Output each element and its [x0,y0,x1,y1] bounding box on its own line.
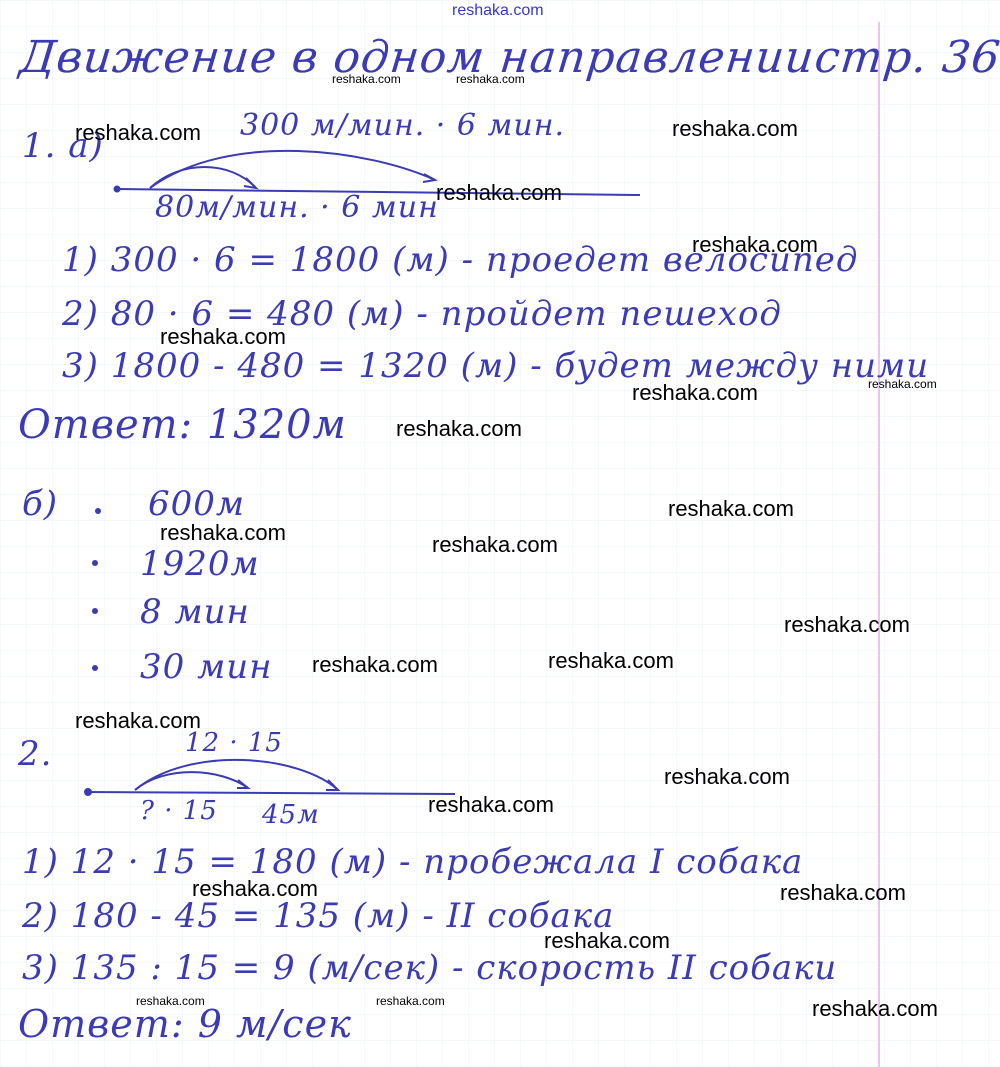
watermark: reshaka.com [75,708,201,734]
task1-answer: Ответ: 1320м [18,402,347,448]
watermark: reshaka.com [160,324,286,350]
step-note: - пробежала I собака [399,842,803,882]
task1-step-3: 3) 1800 - 480 = 1320 (м) - будет между н… [62,346,929,386]
step-expression: 1800 - 480 = 1320 (м) [111,346,519,386]
watermark: reshaka.com [632,380,758,406]
task2-step-2: 2) 180 - 45 = 135 (м) - II собака [22,896,614,936]
answer-value: 1320м [207,402,347,448]
task2-number-line [85,760,455,795]
task2-label: 2. [18,734,52,774]
step-number: 1) [22,842,59,882]
answer-label: Ответ: [18,1002,185,1046]
step-number: 3) [22,948,59,988]
watermark: reshaka.com [432,532,558,558]
step-expression: 300 · 6 = 1800 (м) [111,240,450,280]
step-note: - скорость II собаки [452,948,837,988]
watermark: reshaka.com [312,652,438,678]
step-number: 2) [22,896,59,936]
bullet-icon [92,560,98,566]
watermark: reshaka.com [868,377,937,391]
watermark: reshaka.com [396,416,522,442]
task1-b-label: б) [22,484,58,524]
watermark: reshaka.com [376,994,445,1008]
task1-b-item-2: 1920м [140,544,260,584]
watermark: reshaka.com [672,116,798,142]
task2-step-3: 3) 135 : 15 = 9 (м/сек) - скорость II со… [22,948,837,988]
task2-step-1: 1) 12 · 15 = 180 (м) - пробежала I собак… [22,842,803,882]
watermark: reshaka.com [544,928,670,954]
watermark: reshaka.com [428,792,554,818]
answer-label: Ответ: [18,402,193,448]
step-expression: 180 - 45 = 135 (м) [71,896,411,936]
watermark: reshaka.com [668,496,794,522]
watermark: reshaka.com [548,648,674,674]
bullet-icon [92,608,98,614]
bullet-icon [92,665,98,671]
watermark: reshaka.com [812,996,938,1022]
step-expression: 135 : 15 = 9 (м/сек) [71,948,440,988]
watermark: reshaka.com [456,72,525,86]
task2-diagram-bottom-right-label: 45м [262,800,320,830]
answer-value: 9 м/сек [198,1002,352,1046]
watermark: reshaka.com [160,520,286,546]
watermark: reshaka.com [75,120,201,146]
watermark: reshaka.com [664,764,790,790]
bullet-icon [95,508,101,514]
step-number: 1) [62,240,99,280]
task2-answer: Ответ: 9 м/сек [18,1002,352,1046]
task1-b-item-1: 600м [148,484,245,524]
watermark: reshaka.com [692,232,818,258]
watermark: reshaka.com [136,994,205,1008]
task1-b-item-3: 8 мин [140,592,250,632]
task1-b-item-4: 30 мин [140,647,273,687]
watermark: reshaka.com [436,180,562,206]
watermark: reshaka.com [192,876,318,902]
step-number: 2) [62,294,99,334]
step-number: 3) [62,346,99,386]
watermark: reshaka.com [784,612,910,638]
watermark: reshaka.com [332,72,401,86]
task2-diagram-bottom-left-label: ? · 15 [140,796,218,826]
watermark: reshaka.com [780,880,906,906]
step-note: - пройдет пешеход [416,294,782,334]
